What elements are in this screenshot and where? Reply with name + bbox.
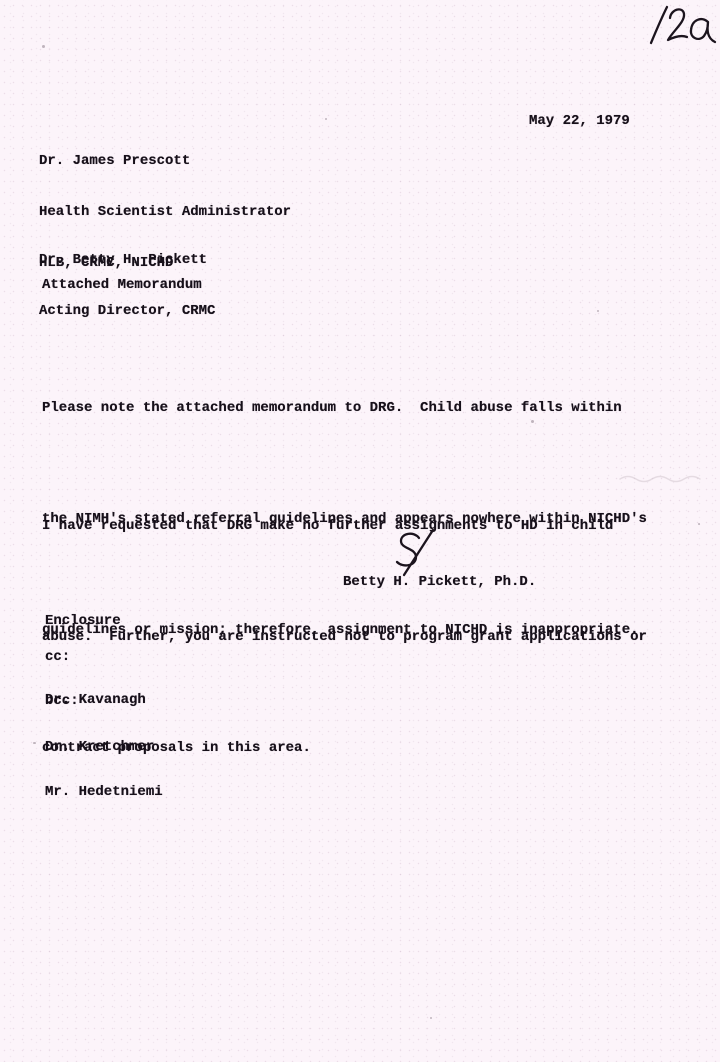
memo-date: May 22, 1979 (529, 113, 630, 130)
bcc-name-1: Dr. Kretchmer (45, 740, 163, 755)
scan-speck (42, 45, 45, 48)
scan-speck (33, 742, 36, 744)
handwritten-signature-initial (388, 528, 440, 578)
bcc-names: Dr. Kretchmer Mr. Hedetniemi (45, 710, 163, 830)
scan-speck (597, 310, 599, 312)
scanned-memo-page: May 22, 1979 Dr. James Prescott Health S… (0, 0, 720, 1062)
scan-speck (698, 523, 700, 525)
enclosure-label: Enclosure (45, 613, 121, 630)
scan-speck (430, 1017, 432, 1019)
handwriting-signature-strokes (388, 528, 440, 578)
paragraph-2-line-1: I have requested that DRG make no furthe… (42, 508, 647, 545)
scan-speck (531, 420, 534, 423)
to-line-name: Dr. James Prescott (39, 153, 291, 170)
bcc-label: bcc: (45, 693, 79, 710)
memo-subject: Attached Memorandum (42, 277, 202, 294)
signature-name: Betty H. Pickett, Ph.D. (343, 574, 536, 591)
scan-smudge (618, 470, 704, 488)
paragraph-1-line-1: Please note the attached memorandum to D… (42, 390, 647, 427)
paragraph-2-line-2: abuse. Further, you are instructed not t… (42, 619, 647, 656)
handwriting-12a-strokes (637, 3, 717, 47)
bcc-name-2: Mr. Hedetniemi (45, 785, 163, 800)
handwritten-page-number (637, 3, 717, 47)
from-line-name: Dr. Betty H. Pickett (39, 252, 215, 269)
scan-speck (325, 118, 327, 120)
